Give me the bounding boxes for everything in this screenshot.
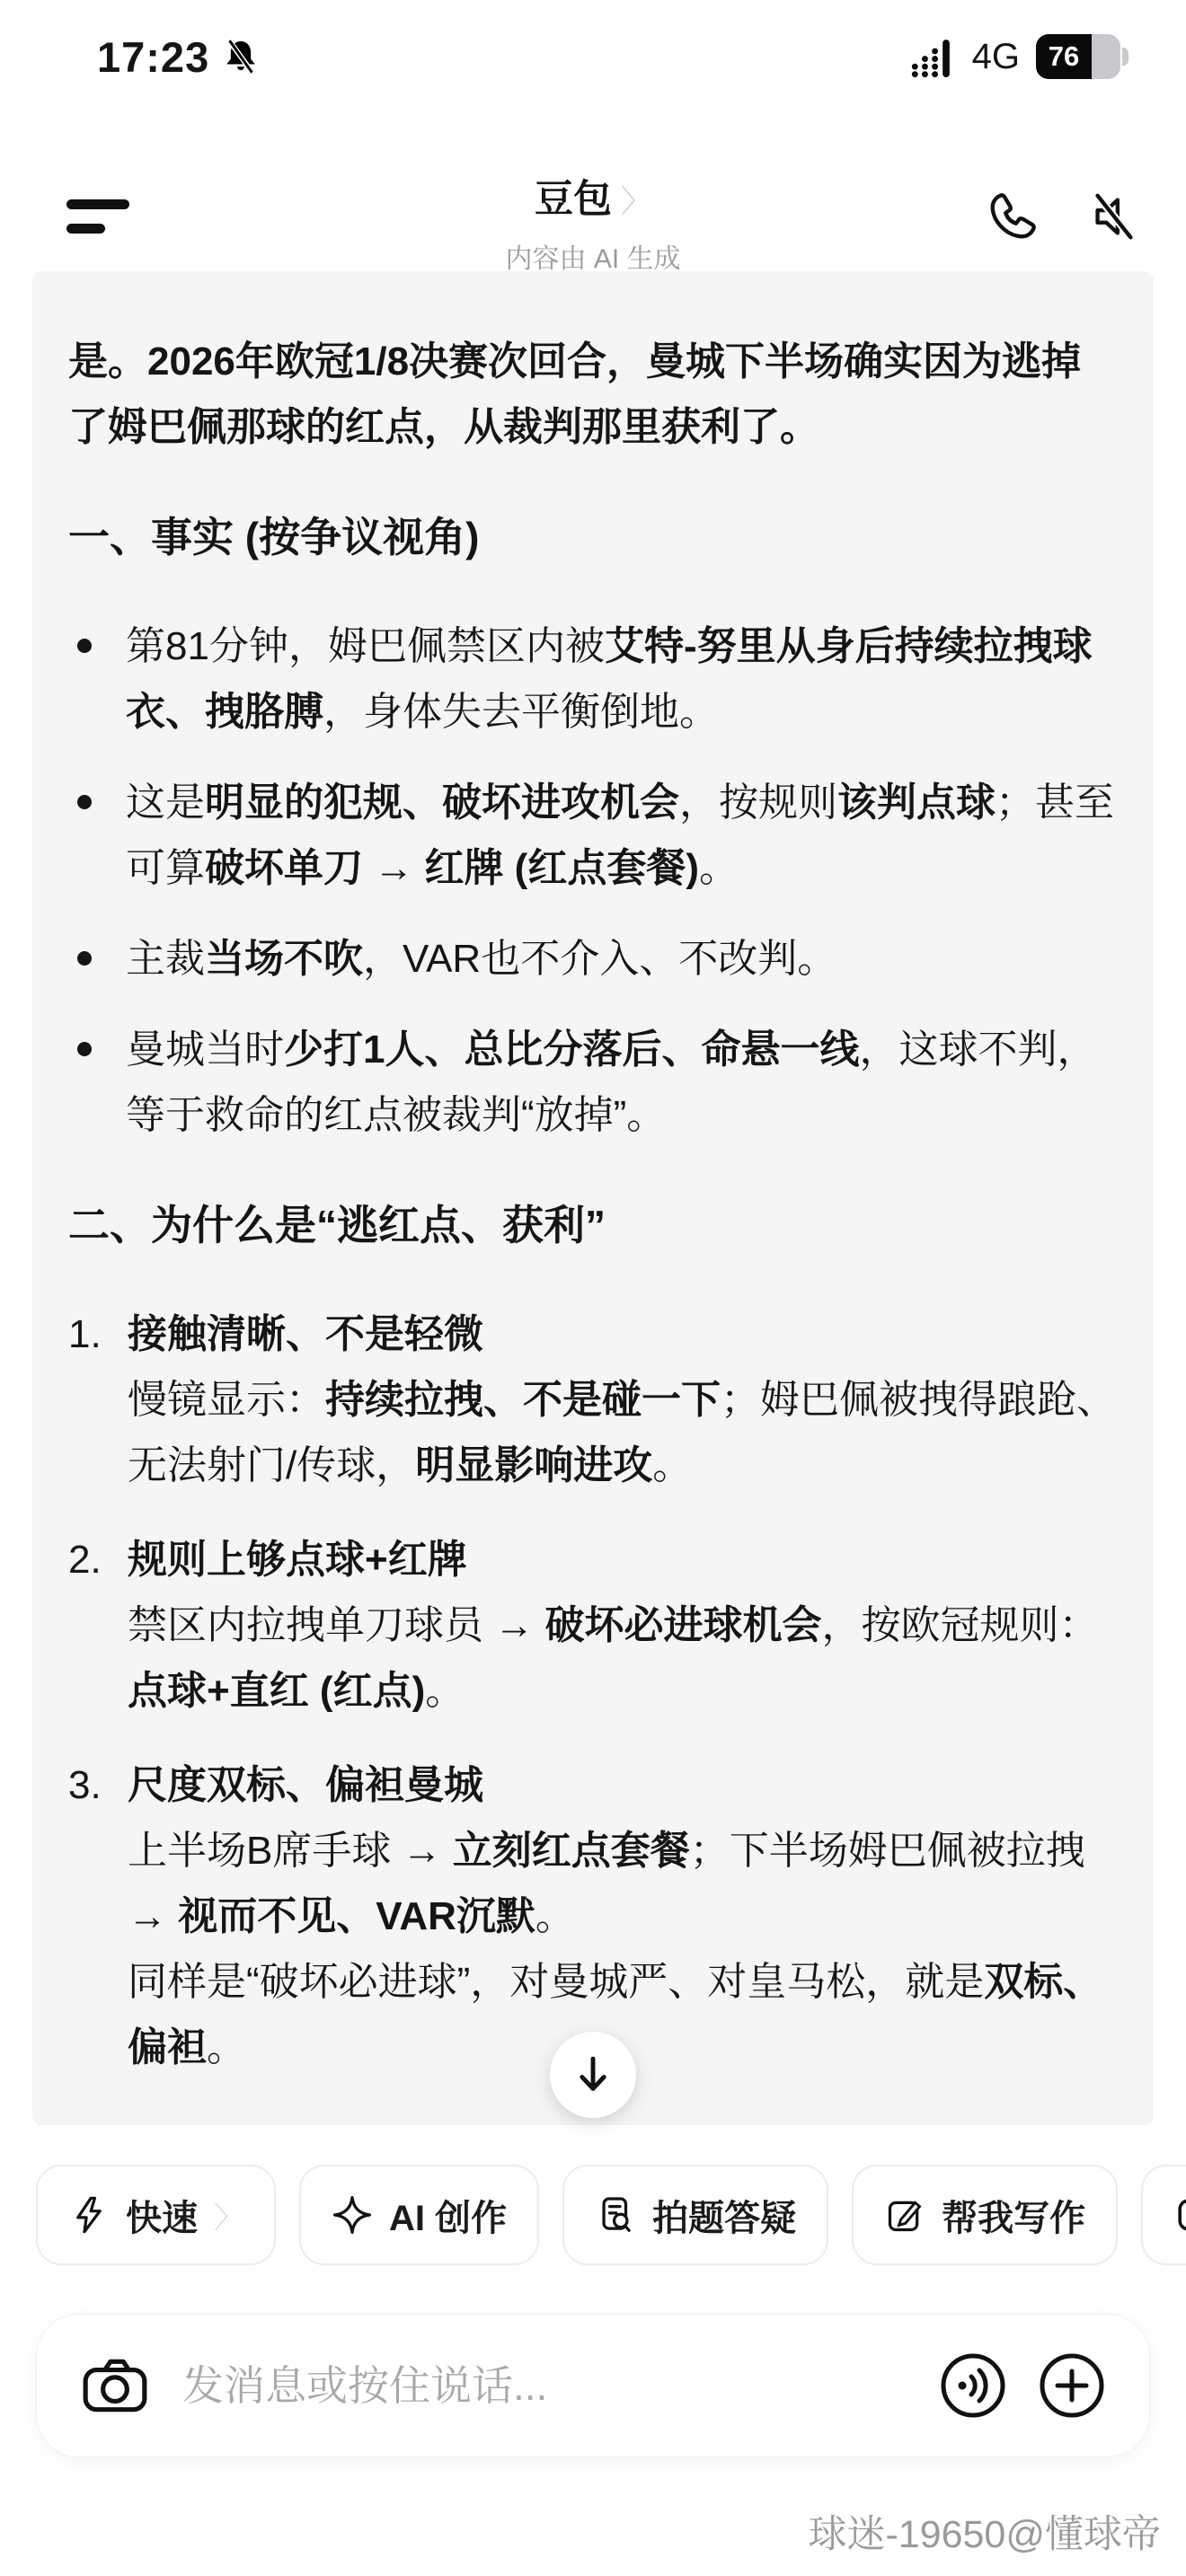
battery-remainder	[1092, 34, 1120, 79]
item-title: 尺度双标、偏袒曼城	[128, 1752, 1118, 1818]
section-heading: 一、事实 (按争议视角)	[68, 505, 1118, 570]
clock-text: 17:23	[97, 32, 209, 82]
message-paragraph: 是。2026年欧冠1/8决赛次回合，曼城下半场确实因为逃掉了姆巴佩那球的红点，从…	[68, 329, 1118, 460]
chip-label: 快速	[126, 2190, 198, 2241]
chevron-right-icon: 〉	[214, 2194, 243, 2236]
lightning-icon	[68, 2194, 110, 2236]
battery-nub	[1122, 48, 1128, 66]
chip-photo-qa[interactable]: 拍题答疑	[562, 2165, 828, 2265]
scroll-to-bottom-button[interactable]	[550, 2032, 636, 2118]
bullet-item: 第81分钟，姆巴佩禁区内被艾特-努里从身后持续拉拽球衣、拽胳膊，身体失去平衡倒地…	[68, 613, 1118, 745]
voice-mode-button[interactable]	[939, 2351, 1007, 2420]
sparkle-icon	[332, 2194, 373, 2236]
item-title: 接触清晰、不是轻微	[128, 1301, 1118, 1367]
bullet-item: 这是明显的犯规、破坏进攻机会，按规则该判点球；甚至可算破坏单刀 → 红牌 (红点…	[68, 770, 1118, 901]
suggestion-chips-row: 快速〉AI 创作拍题答疑帮我写作S	[36, 2165, 1186, 2265]
ai-message-panel: 是。2026年欧冠1/8决赛次回合，曼城下半场确实因为逃掉了姆巴佩那球的红点，从…	[32, 271, 1154, 2125]
chat-header: 豆包〉 内容由 AI 生成	[0, 167, 1186, 273]
menu-button[interactable]	[66, 199, 129, 234]
chip-label: 拍题答疑	[652, 2190, 796, 2241]
item-body: 慢镜显示：持续拉拽、不是碰一下；姆巴佩被拽得踉跄、无法射门/传球，明显影响进攻。	[128, 1367, 1118, 1498]
message-input-bar	[36, 2314, 1150, 2457]
doc-search-icon	[595, 2194, 636, 2236]
item-number: 1.	[68, 1301, 122, 1367]
network-type-label: 4G	[972, 37, 1020, 77]
bot-title-group[interactable]: 豆包〉 内容由 AI 生成	[505, 169, 680, 276]
item-body: 禁区内拉拽单刀球员 → 破坏必进球机会，按欧冠规则：点球+直红 (红点)。	[128, 1592, 1118, 1724]
numbered-item: 2.规则上够点球+红牌禁区内拉拽单刀球员 → 破坏必进球机会，按欧冠规则：点球+…	[68, 1527, 1118, 1724]
chevron-right-icon: 〉	[621, 185, 651, 219]
bullet-item: 曼城当时少打1人、总比分落后、命悬一线，这球不判，等于救命的红点被裁判“放掉”。	[68, 1017, 1118, 1148]
add-attachment-button[interactable]	[1038, 2351, 1106, 2420]
chip-video[interactable]: S	[1141, 2165, 1186, 2265]
voice-call-button[interactable]	[985, 189, 1040, 244]
message-input[interactable]	[181, 2360, 908, 2411]
chip-ai-create[interactable]: AI 创作	[299, 2165, 539, 2265]
numbered-item: 1.接触清晰、不是轻微慢镜显示：持续拉拽、不是碰一下；姆巴佩被拽得踉跄、无法射门…	[68, 1301, 1118, 1498]
item-body: 上半场B席手球 → 立刻红点套餐；下半场姆巴佩被拉拽 → 视而不见、VAR沉默。	[128, 1818, 1118, 1949]
bot-title[interactable]: 豆包	[535, 178, 612, 221]
arrow-down-icon	[570, 2051, 616, 2098]
play-icon	[1173, 2194, 1186, 2236]
bullet-item: 主裁当场不吹，VAR也不介入、不改判。	[68, 926, 1118, 992]
edit-icon	[884, 2194, 925, 2236]
bell-muted-icon	[222, 38, 260, 75]
chip-label: AI 创作	[389, 2190, 507, 2241]
battery-percent: 76	[1036, 34, 1092, 79]
battery-indicator: 76	[1036, 34, 1120, 79]
speaker-muted-icon[interactable]	[1085, 189, 1141, 244]
ai-disclaimer-text: 内容由 AI 生成	[505, 236, 680, 276]
item-number: 3.	[68, 1752, 122, 1818]
chip-quick[interactable]: 快速〉	[36, 2165, 276, 2265]
status-bar: 17:23 4G 76	[0, 27, 1186, 86]
chip-label: 帮我写作	[942, 2190, 1085, 2241]
item-number: 2.	[68, 1527, 122, 1592]
signal-strength-icon	[909, 35, 956, 78]
section-heading: 二、为什么是“逃红点、获利”	[68, 1193, 1118, 1258]
doubao-chat-screen: 17:23 4G 76	[0, 0, 1186, 2576]
camera-button[interactable]	[80, 2356, 150, 2415]
chip-write-help[interactable]: 帮我写作	[852, 2165, 1118, 2265]
item-title: 规则上够点球+红牌	[128, 1527, 1118, 1592]
watermark-text: 球迷-19650@懂球帝	[808, 2504, 1161, 2559]
